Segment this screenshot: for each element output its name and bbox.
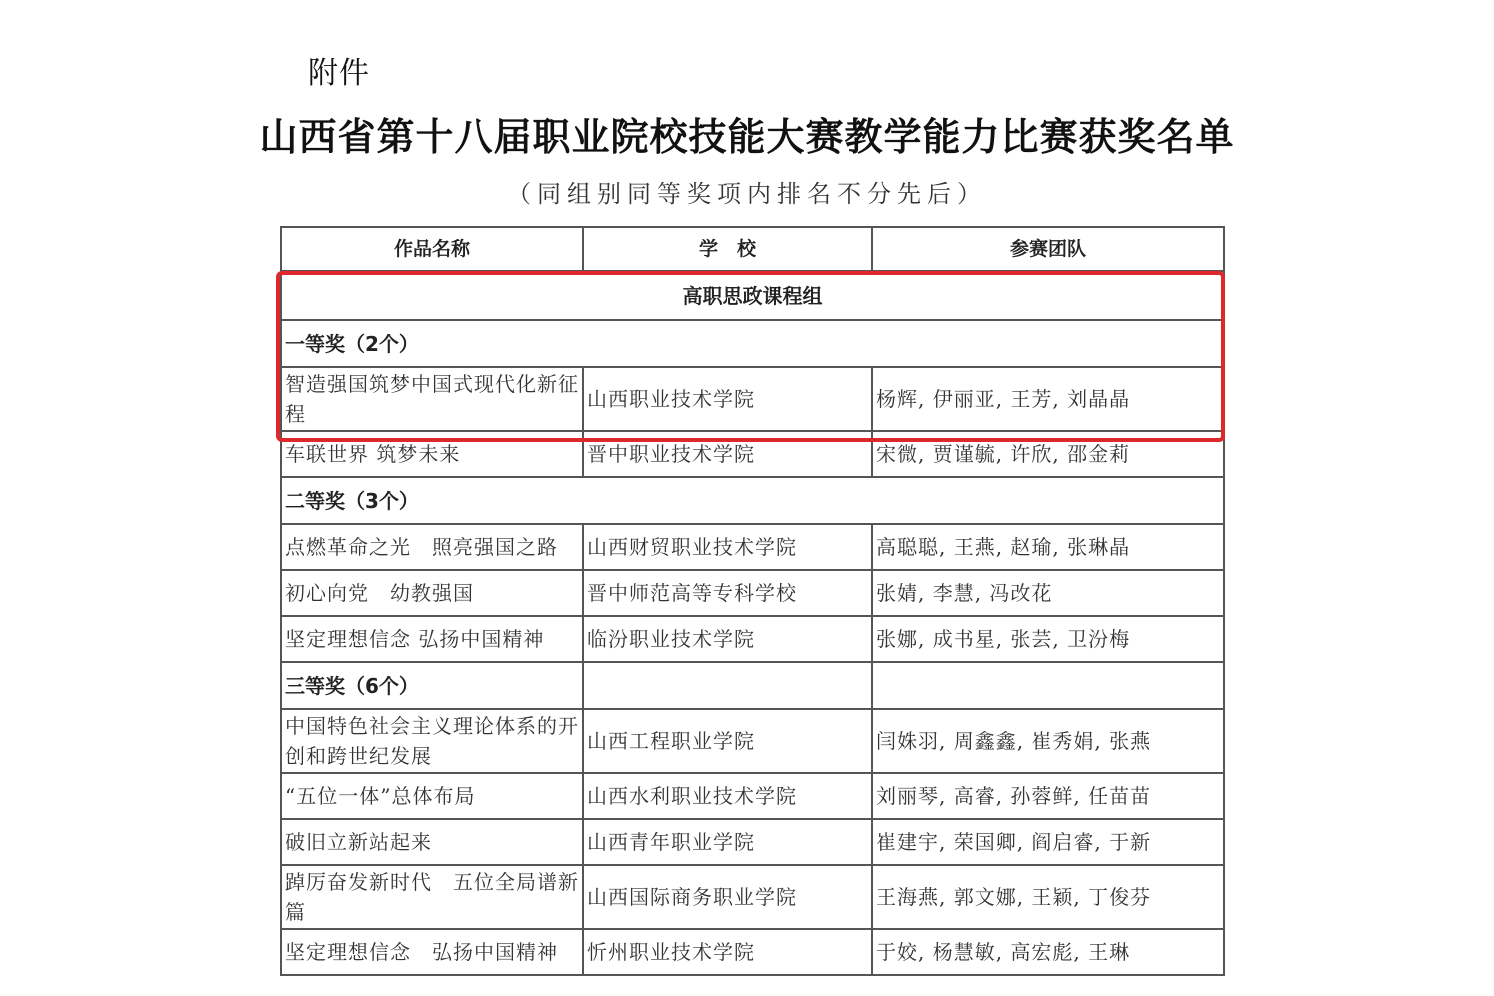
work-name-cell: 坚定理想信念 弘扬中国精神 — [281, 616, 583, 662]
school-cell: 晋中师范高等专科学校 — [583, 570, 872, 616]
work-name-cell: 破旧立新站起来 — [281, 819, 583, 865]
work-name-cell: 点燃革命之光 照亮强国之路 — [281, 524, 583, 570]
team-cell: 张婧, 李慧, 冯改花 — [872, 570, 1224, 616]
table-row: 坚定理想信念 弘扬中国精神 临汾职业技术学院 张娜, 成书星, 张芸, 卫汾梅 — [281, 616, 1224, 662]
table-header-row: 作品名称 学 校 参赛团队 — [281, 227, 1224, 271]
table-row: 初心向党 幼教强国 晋中师范高等专科学校 张婧, 李慧, 冯改花 — [281, 570, 1224, 616]
work-name-cell: 初心向党 幼教强国 — [281, 570, 583, 616]
team-cell: 于姣, 杨慧敏, 高宏彪, 王琳 — [872, 929, 1224, 975]
team-cell: 刘丽琴, 高睿, 孙蓉鲜, 任苗苗 — [872, 773, 1224, 819]
empty-cell — [583, 662, 872, 709]
school-cell: 山西青年职业学院 — [583, 819, 872, 865]
table-row: 坚定理想信念 弘扬中国精神 忻州职业技术学院 于姣, 杨慧敏, 高宏彪, 王琳 — [281, 929, 1224, 975]
school-cell: 山西职业技术学院 — [583, 367, 872, 431]
awards-table: 作品名称 学 校 参赛团队 高职思政课程组 一等奖（2个） 智造强国筑梦中国式现… — [280, 226, 1225, 976]
team-cell: 杨辉, 伊丽亚, 王芳, 刘晶晶 — [872, 367, 1224, 431]
team-cell: 崔建宇, 荣国卿, 阎启睿, 于新 — [872, 819, 1224, 865]
document-title: 山西省第十八届职业院校技能大赛教学能力比赛获奖名单 — [0, 106, 1494, 161]
team-cell: 闫姝羽, 周鑫鑫, 崔秀娟, 张燕 — [872, 709, 1224, 773]
school-cell: 忻州职业技术学院 — [583, 929, 872, 975]
table-row: 车联世界 筑梦未来 晋中职业技术学院 宋微, 贾谨毓, 许欣, 邵金莉 — [281, 431, 1224, 477]
table-row: 踔厉奋发新时代 五位全局谱新篇 山西国际商务职业学院 王海燕, 郭文娜, 王颖,… — [281, 865, 1224, 929]
header-team: 参赛团队 — [872, 227, 1224, 271]
group-title: 高职思政课程组 — [281, 271, 1224, 320]
prize-label: 三等奖（6个） — [281, 662, 583, 709]
school-cell: 山西财贸职业技术学院 — [583, 524, 872, 570]
school-cell: 山西水利职业技术学院 — [583, 773, 872, 819]
header-work-name: 作品名称 — [281, 227, 583, 271]
table-row: 中国特色社会主义理论体系的开创和跨世纪发展 山西工程职业学院 闫姝羽, 周鑫鑫,… — [281, 709, 1224, 773]
team-cell: 张娜, 成书星, 张芸, 卫汾梅 — [872, 616, 1224, 662]
header-school: 学 校 — [583, 227, 872, 271]
work-name-cell: 坚定理想信念 弘扬中国精神 — [281, 929, 583, 975]
school-cell: 晋中职业技术学院 — [583, 431, 872, 477]
work-name-cell: 踔厉奋发新时代 五位全局谱新篇 — [281, 865, 583, 929]
empty-cell — [872, 662, 1224, 709]
attachment-label: 附件 — [308, 48, 370, 92]
table-row: 破旧立新站起来 山西青年职业学院 崔建宇, 荣国卿, 阎启睿, 于新 — [281, 819, 1224, 865]
team-cell: 高聪聪, 王燕, 赵瑜, 张琳晶 — [872, 524, 1224, 570]
prize-row-first: 一等奖（2个） — [281, 320, 1224, 367]
table-row: 点燃革命之光 照亮强国之路 山西财贸职业技术学院 高聪聪, 王燕, 赵瑜, 张琳… — [281, 524, 1224, 570]
prize-label: 一等奖（2个） — [281, 320, 1224, 367]
school-cell: 山西国际商务职业学院 — [583, 865, 872, 929]
work-name-cell: 智造强国筑梦中国式现代化新征程 — [281, 367, 583, 431]
school-cell: 山西工程职业学院 — [583, 709, 872, 773]
team-cell: 宋微, 贾谨毓, 许欣, 邵金莉 — [872, 431, 1224, 477]
group-row: 高职思政课程组 — [281, 271, 1224, 320]
prize-label: 二等奖（3个） — [281, 477, 1224, 524]
team-cell: 王海燕, 郭文娜, 王颖, 丁俊芬 — [872, 865, 1224, 929]
work-name-cell: “五位一体”总体布局 — [281, 773, 583, 819]
table-row: “五位一体”总体布局 山西水利职业技术学院 刘丽琴, 高睿, 孙蓉鲜, 任苗苗 — [281, 773, 1224, 819]
prize-row-third: 三等奖（6个） — [281, 662, 1224, 709]
table-row: 智造强国筑梦中国式现代化新征程 山西职业技术学院 杨辉, 伊丽亚, 王芳, 刘晶… — [281, 367, 1224, 431]
school-cell: 临汾职业技术学院 — [583, 616, 872, 662]
work-name-cell: 车联世界 筑梦未来 — [281, 431, 583, 477]
document-subtitle: （同组别同等奖项内排名不分先后） — [0, 174, 1494, 209]
work-name-cell: 中国特色社会主义理论体系的开创和跨世纪发展 — [281, 709, 583, 773]
prize-row-second: 二等奖（3个） — [281, 477, 1224, 524]
